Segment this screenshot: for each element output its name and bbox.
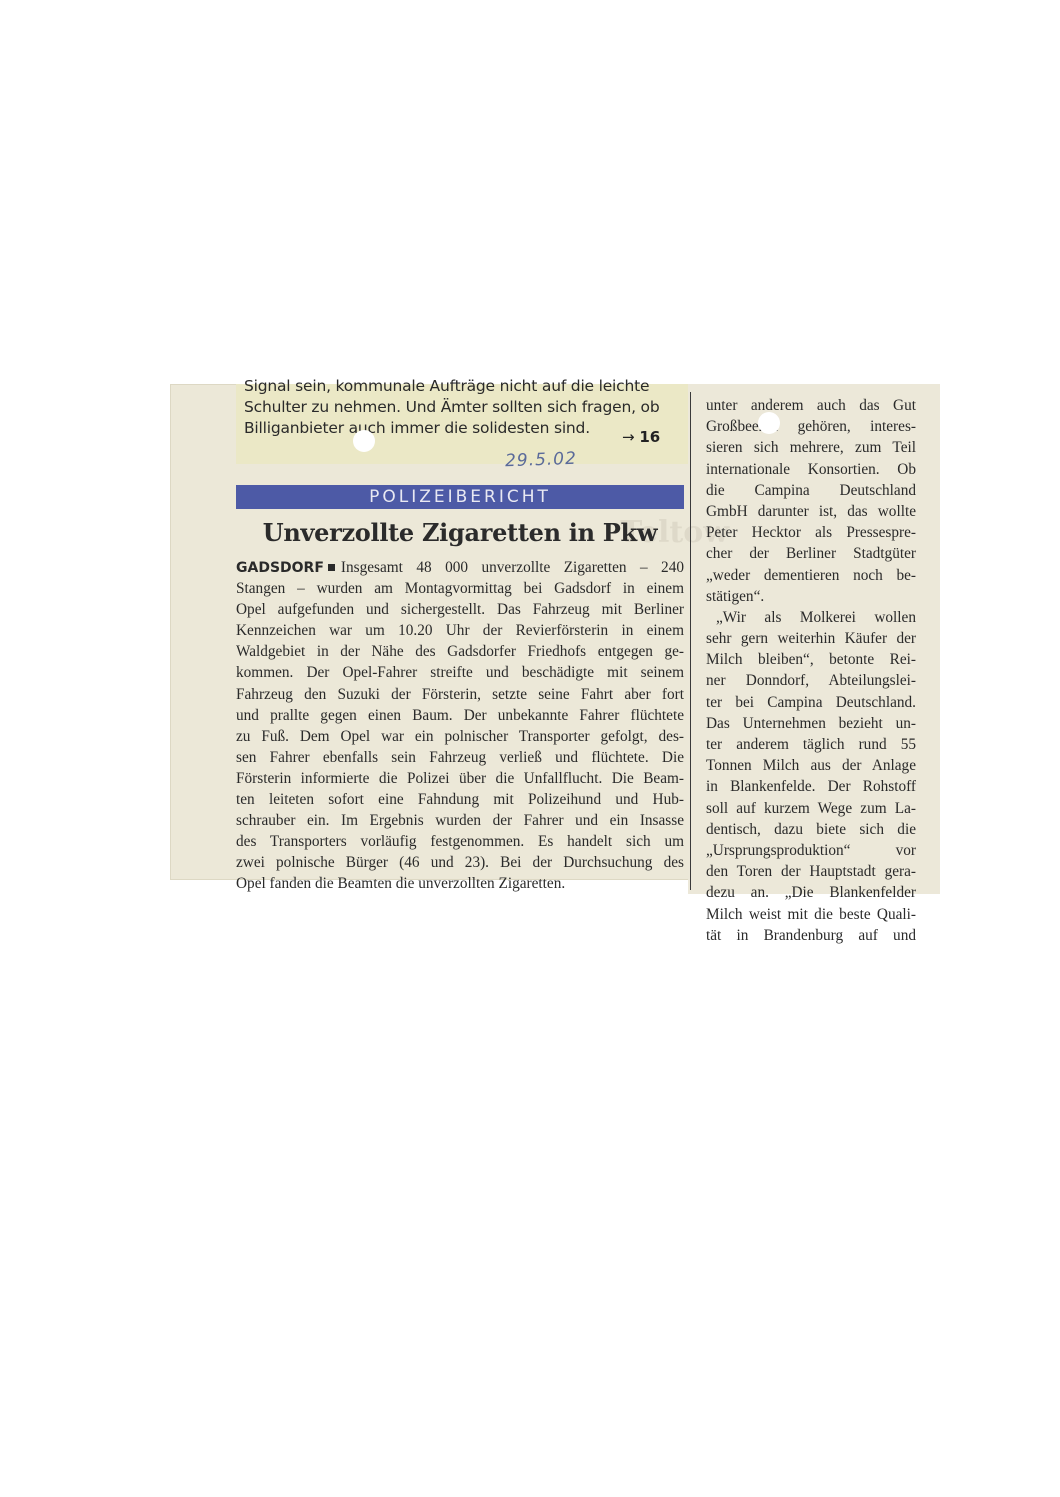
article-line: Opel fanden die Beamten die unverzollten…: [236, 873, 684, 894]
side-line: die Campina Deutschland: [706, 480, 916, 501]
side-line: „weder dementieren noch be-: [706, 565, 916, 586]
article-line: des Transporters vorläufig festgenommen.…: [236, 831, 684, 852]
side-line: GmbH darunter ist, das wollte: [706, 501, 916, 522]
teaser-line: Schulter zu nehmen. Und Ämter sollten si…: [244, 397, 684, 418]
arrow-right-icon: →: [622, 428, 635, 446]
article-line: Försterin informierte die Polizei über d…: [236, 768, 684, 789]
punch-hole: [758, 412, 780, 434]
teaser-line: Signal sein, kommunale Aufträge nicht au…: [244, 376, 684, 397]
article-body: GADSDORFInsgesamt 48 000 unverzollte Zig…: [236, 557, 684, 895]
side-line: dezu an. „Die Blankenfelder: [706, 882, 916, 903]
side-column-text: unter anderem auch das Gut Großbeeren ge…: [706, 395, 916, 946]
side-line: soll auf kurzem Wege zum La-: [706, 798, 916, 819]
side-line: tät in Brandenburg auf und: [706, 925, 916, 946]
side-line: dentisch, dazu biete sich die: [706, 819, 916, 840]
dateline: GADSDORF: [236, 560, 324, 576]
page-number: 16: [639, 428, 660, 446]
article-line: zwei polnische Bürger (46 und 23). Bei d…: [236, 852, 684, 873]
article-line: und prallte gegen einen Baum. Der unbeka…: [236, 705, 684, 726]
article-line: GADSDORFInsgesamt 48 000 unverzollte Zig…: [236, 557, 684, 578]
article-line: sen Fahrer ebenfalls sein Fahrzeug verli…: [236, 747, 684, 768]
side-line: sieren sich mehrere, zum Teil: [706, 437, 916, 458]
side-line: cher der Berliner Stadtgüter: [706, 543, 916, 564]
section-label: POLIZEIBERICHT: [236, 485, 684, 509]
side-line: Milch bleiben“, betonte Rei-: [706, 649, 916, 670]
article-line: Waldgebiet in der Nähe des Gadsdorfer Fr…: [236, 641, 684, 662]
article-line: ten leiteten sofort eine Fahndung mit Po…: [236, 789, 684, 810]
side-line: Großbeeren gehören, interes-: [706, 416, 916, 437]
article-line: schrauber ein. Im Ergebnis wurden der Fa…: [236, 810, 684, 831]
article-line: Opel aufgefunden und sichergestellt. Das…: [236, 599, 684, 620]
side-line: „Wir als Molkerei wollen: [706, 607, 916, 628]
teaser-text: Signal sein, kommunale Aufträge nicht au…: [244, 384, 684, 439]
side-line: ter anderem täglich rund 55: [706, 734, 916, 755]
side-line: in Blankenfelde. Der Rohstoff: [706, 776, 916, 797]
article-headline: Unverzollte Zigaretten in Pkw: [236, 518, 684, 547]
column-divider: [690, 392, 691, 890]
side-line: sehr gern weiterhin Käufer der: [706, 628, 916, 649]
side-line: ner Donndorf, Abteilungslei-: [706, 670, 916, 691]
side-line: Peter Hecktor als Pressespre-: [706, 522, 916, 543]
article-line: Stangen – wurden am Montagvormittag bei …: [236, 578, 684, 599]
punch-hole: [353, 430, 375, 452]
side-line: „Ursprungsproduktion“ vor: [706, 840, 916, 861]
side-line: Tonnen Milch aus der Anlage: [706, 755, 916, 776]
article-line: kommen. Der Opel-Fahrer streifte und bes…: [236, 662, 684, 683]
article-line: Kennzeichen war um 10.20 Uhr der Revierf…: [236, 620, 684, 641]
side-line: internationale Konsortien. Ob: [706, 459, 916, 480]
side-line: ter bei Campina Deutschland.: [706, 692, 916, 713]
article-line: Fahrzeug den Suzuki der Försterin, setzt…: [236, 684, 684, 705]
handwritten-date: 29.5.02: [505, 449, 578, 471]
teaser-line: Billiganbieter auch immer die solidesten…: [244, 418, 684, 439]
bullet-square-icon: [328, 564, 335, 571]
page-reference: → 16: [622, 428, 660, 446]
side-line: unter anderem auch das Gut: [706, 395, 916, 416]
article-line: zu Fuß. Dem Opel war ein polnischer Tran…: [236, 726, 684, 747]
side-line: stätigen“.: [706, 586, 916, 607]
side-line: den Toren der Hauptstadt gera-: [706, 861, 916, 882]
side-line: Das Unternehmen bezieht un-: [706, 713, 916, 734]
side-line: Milch weist mit die beste Quali-: [706, 904, 916, 925]
